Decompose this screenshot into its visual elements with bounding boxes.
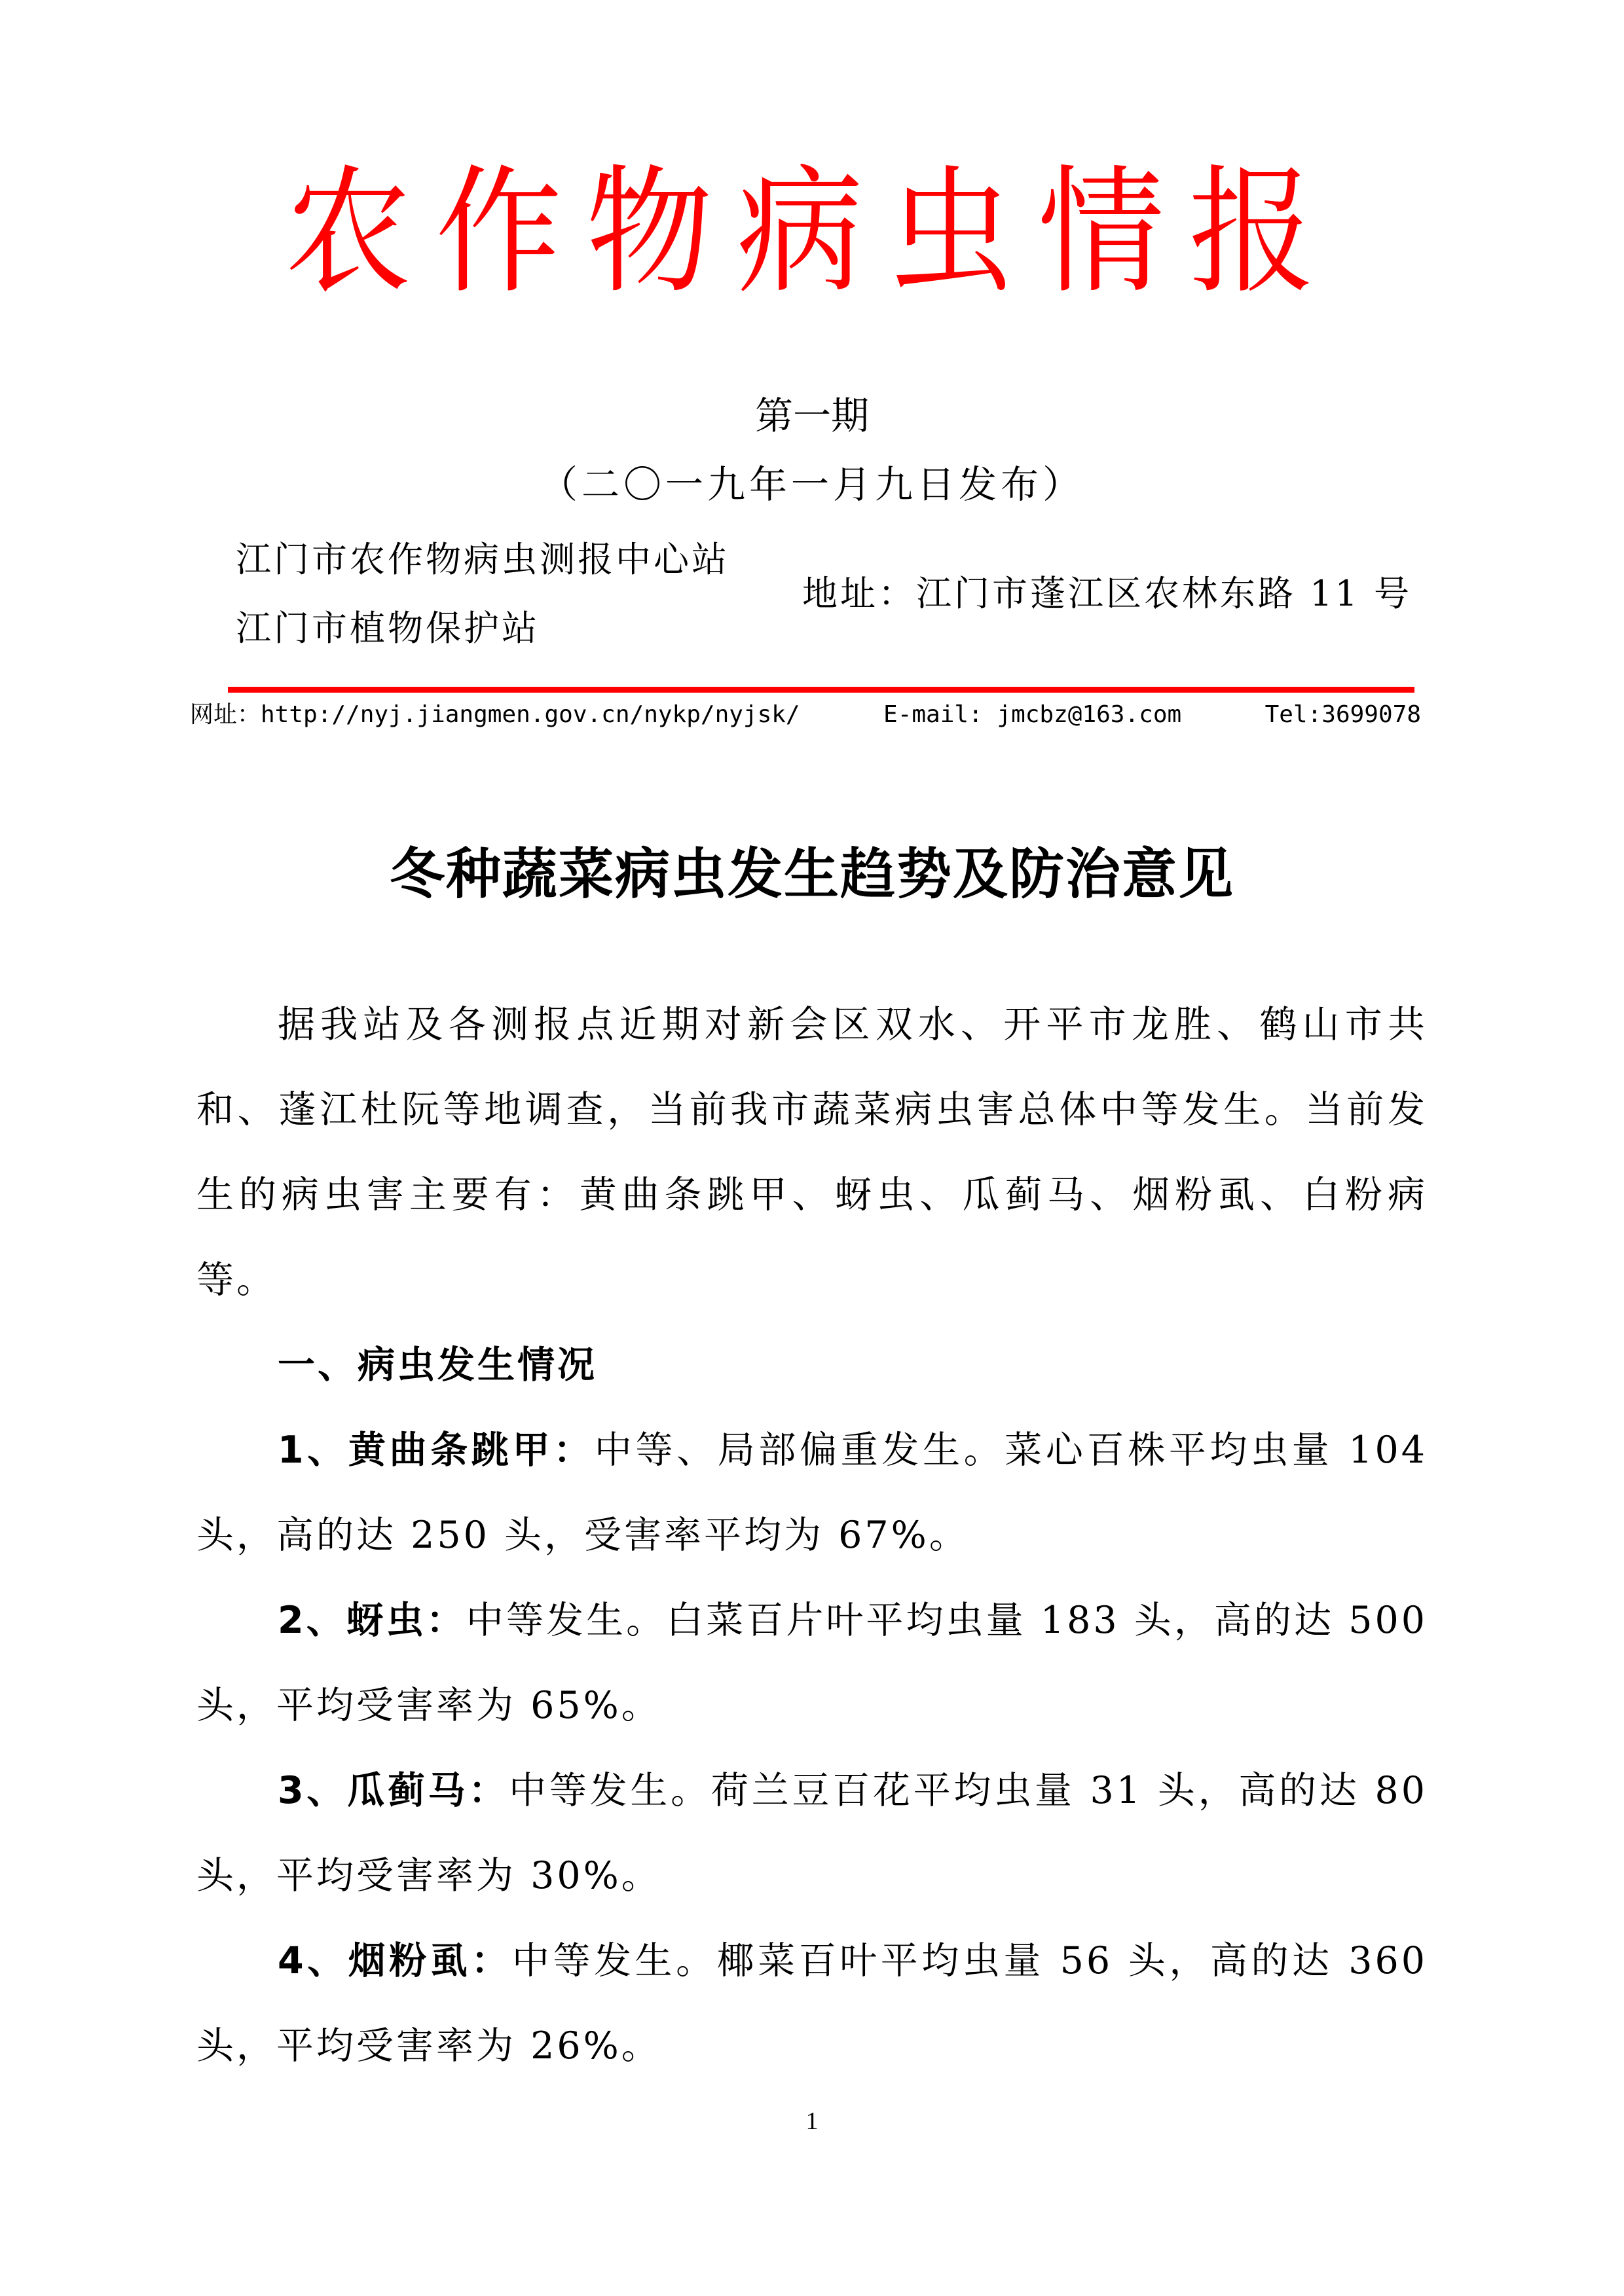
masthead-title: 农作物病虫情报 — [65, 151, 1559, 314]
intro-paragraph: 据我站及各测报点近期对新会区双水、开平市龙胜、鹤山市共和、蓬江杜阮等地调查，当前… — [196, 982, 1428, 1322]
issue-number: 第一期 — [0, 390, 1624, 442]
org-primary: 江门市农作物病虫测报中心站 — [236, 537, 729, 583]
pest-item: 3、瓜蓟马：中等发生。荷兰豆百花平均虫量 31 头，高的达 80 头，平均受害率… — [196, 1748, 1428, 1918]
document-body: 据我站及各测报点近期对新会区双水、开平市龙胜、鹤山市共和、蓬江杜阮等地调查，当前… — [196, 982, 1428, 2088]
publish-date: （二〇一九年一月九日发布） — [0, 458, 1624, 511]
pest-label: 4、烟粉虱： — [278, 1939, 512, 1982]
document-title: 冬种蔬菜病虫发生趋势及防治意见 — [0, 831, 1624, 917]
address: 地址：江门市蓬江区农林东路 11 号 — [802, 571, 1412, 617]
page-number: 1 — [0, 2107, 1624, 2136]
pest-label: 3、瓜蓟马： — [278, 1769, 509, 1812]
contact-bar: 网址：http://nyj.jiangmen.gov.cn/nykp/nyjsk… — [190, 695, 1421, 735]
org-secondary: 江门市植物保护站 — [236, 606, 540, 651]
section-heading: 一、病虫发生情况 — [196, 1322, 1428, 1408]
pest-item: 1、黄曲条跳甲：中等、局部偏重发生。菜心百株平均虫量 104 头，高的达 250… — [196, 1408, 1428, 1578]
pest-label: 1、黄曲条跳甲： — [278, 1429, 595, 1472]
email-link[interactable]: E-mail: jmcbz@163.com — [883, 695, 1181, 735]
website-link[interactable]: 网址：http://nyj.jiangmen.gov.cn/nykp/nyjsk… — [190, 695, 800, 735]
pest-item: 2、蚜虫：中等发生。白菜百片叶平均虫量 183 头，高的达 500 头，平均受害… — [196, 1578, 1428, 1748]
pest-label: 2、蚜虫： — [278, 1599, 466, 1642]
pest-item: 4、烟粉虱：中等发生。椰菜百叶平均虫量 56 头，高的达 360 头，平均受害率… — [196, 1918, 1428, 2088]
masthead-divider — [228, 687, 1414, 693]
telephone: Tel:3699078 — [1265, 695, 1421, 735]
